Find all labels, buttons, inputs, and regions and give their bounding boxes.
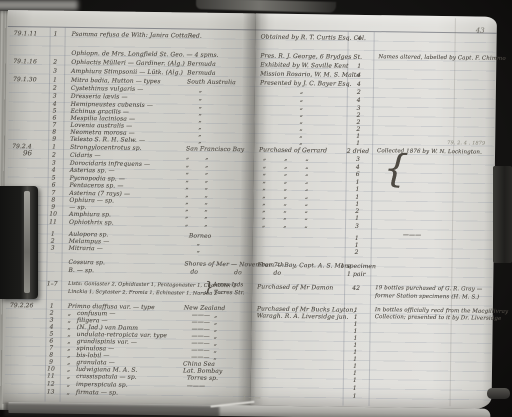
photo-of-register: { "page": { "number": "43" }, "ledger": … bbox=[0, 0, 512, 417]
handwritten-annotation: ——— bbox=[403, 232, 421, 239]
handwritten-annotation: 1 —— bbox=[243, 394, 261, 401]
metal-clip bbox=[0, 186, 38, 299]
handwritten-annotation: { bbox=[383, 146, 409, 191]
handwritten-annotation: 79. 2. 4 . 1879 bbox=[447, 140, 485, 147]
metal-clip-highlight bbox=[24, 191, 30, 293]
book-strap-right bbox=[493, 166, 512, 263]
strap-end-knob bbox=[487, 388, 510, 399]
handwritten-annotation: Torres Str. bbox=[214, 290, 245, 296]
ledger-annotations: {}Arrou IsdsTorres Str.79. 2. 4 . 1879——… bbox=[0, 0, 512, 417]
handwritten-annotation: } bbox=[204, 280, 213, 296]
handwritten-annotation: Arrou Isds bbox=[213, 282, 243, 288]
open-register-book: 43 79.1.111Psamma refusa de With: Janira… bbox=[0, 0, 512, 417]
